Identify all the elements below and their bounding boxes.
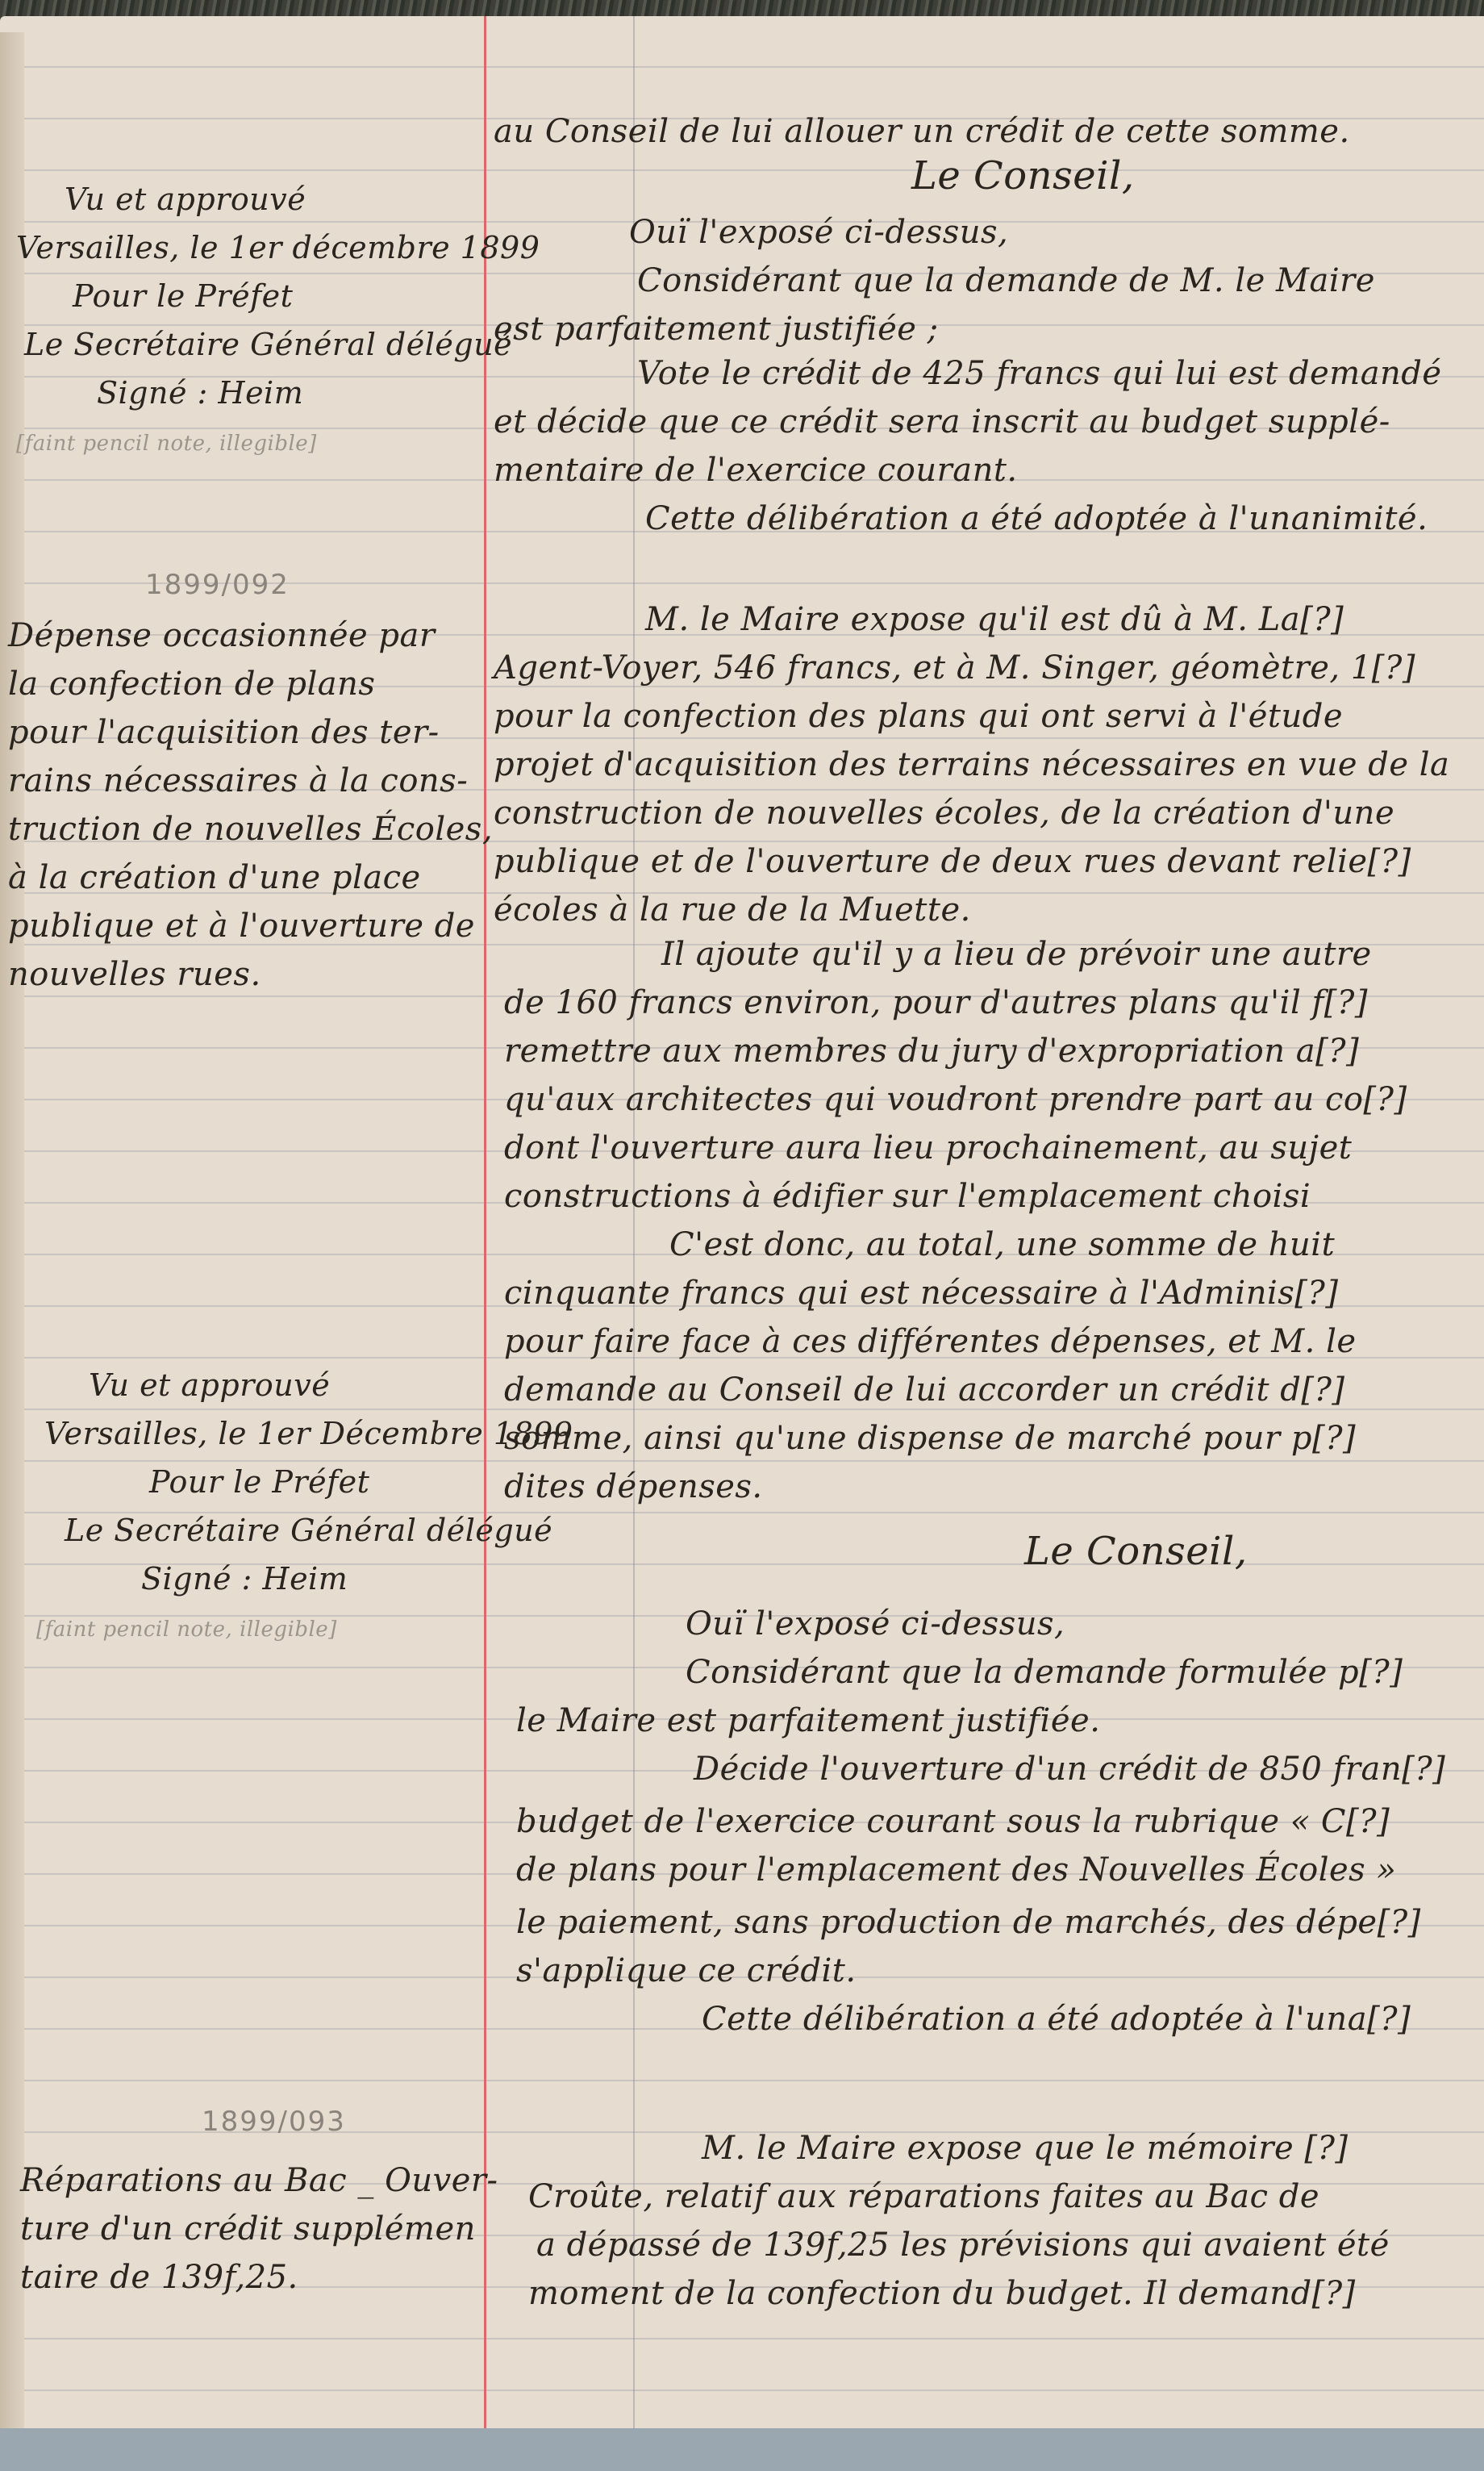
body-line: qu'aux architectes qui voudront prendre … (504, 1081, 1407, 1118)
body-line: Il ajoute qu'il y a lieu de prévoir une … (661, 936, 1372, 973)
body-line: et décide que ce crédit sera inscrit au … (494, 403, 1390, 440)
subject-line: Réparations au Bac _ Ouver- (20, 2162, 498, 2199)
body-line: projet d'acquisition des terrains nécess… (494, 746, 1449, 783)
body-line: cinquante francs qui est nécessaire à l'… (504, 1275, 1338, 1312)
body-line: de 160 francs environ, pour d'autres pla… (504, 984, 1368, 1021)
pencil-note: [faint pencil note, illegible] (36, 1617, 337, 1642)
body-line: de plans pour l'emplacement des Nouvelle… (516, 1851, 1396, 1889)
body-line: somme, ainsi qu'une dispense de marché p… (504, 1420, 1356, 1457)
approval-line: Versailles, le 1er décembre 1899 (16, 230, 540, 265)
body-line: dites dépenses. (504, 1468, 763, 1505)
deliberation-ref: 1899/092 (145, 569, 290, 601)
body-line: Agent-Voyer, 546 francs, et à M. Singer,… (494, 649, 1415, 687)
body-line: s'applique ce crédit. (516, 1952, 857, 1989)
body-line: pour faire face à ces différentes dépens… (504, 1323, 1357, 1360)
body-line: constructions à édifier sur l'emplacemen… (504, 1178, 1311, 1215)
body-line: publique et de l'ouverture de deux rues … (494, 843, 1411, 880)
council-heading: Le Conseil, (1024, 1529, 1248, 1574)
body-line: Ouï l'exposé ci-dessus, (629, 214, 1008, 251)
indent-rule (633, 16, 635, 2436)
pencil-note: [faint pencil note, illegible] (16, 432, 317, 456)
subject-line: truction de nouvelles Écoles, (8, 811, 493, 848)
body-line: Cette délibération a été adoptée à l'una… (702, 2001, 1411, 2038)
approval-line: Pour le Préfet (149, 1464, 369, 1500)
approval-line: Versailles, le 1er Décembre 1899 (44, 1416, 573, 1451)
body-line: pour la confection des plans qui ont ser… (494, 698, 1343, 735)
body-line: dont l'ouverture aura lieu prochainement… (504, 1129, 1352, 1167)
red-margin-rule (484, 16, 486, 2436)
signature: Signé : Heim (97, 375, 303, 411)
subject-line: taire de 139f,25. (20, 2259, 298, 2296)
body-line: Ouï l'exposé ci-dessus, (686, 1605, 1065, 1642)
body-line: Cette délibération a été adoptée à l'una… (645, 500, 1428, 537)
subject-line: à la création d'une place (8, 859, 421, 896)
body-line: mentaire de l'exercice courant. (494, 452, 1018, 489)
subject-line: la confection de plans (8, 666, 375, 703)
deliberation-ref: 1899/093 (202, 2106, 346, 2138)
body-line: remettre aux membres du jury d'expropria… (504, 1033, 1359, 1070)
subject-line: Dépense occasionnée par (8, 617, 436, 654)
subject-line: pour l'acquisition des ter- (8, 714, 440, 751)
body-line: demande au Conseil de lui accorder un cr… (504, 1371, 1345, 1409)
signature: Signé : Heim (141, 1561, 348, 1597)
body-line: C'est donc, au total, une somme de huit (669, 1226, 1335, 1263)
subject-line: nouvelles rues. (8, 956, 261, 993)
body-line: le Maire est parfaitement justifiée. (516, 1702, 1100, 1739)
body-line: Vote le crédit de 425 francs qui lui est… (637, 355, 1442, 392)
body-line: écoles à la rue de la Muette. (494, 891, 971, 929)
body-line: est parfaitement justifiée ; (494, 311, 939, 348)
approval-line: Le Secrétaire Général délégué (24, 327, 512, 362)
approval-line: Pour le Préfet (73, 278, 293, 314)
council-heading: Le Conseil, (911, 153, 1135, 198)
subject-line: rains nécessaires à la cons- (8, 762, 468, 799)
subject-line: ture d'un crédit supplémen (20, 2210, 476, 2248)
body-line: au Conseil de lui allouer un crédit de c… (494, 113, 1350, 150)
body-line: Croûte, relatif aux réparations faites a… (528, 2178, 1319, 2215)
approval-line: Vu et approuvé (89, 1367, 330, 1403)
body-line: Considérant que la demande de M. le Mair… (637, 262, 1375, 299)
body-line: Considérant que la demande formulée p[?] (686, 1654, 1403, 1691)
body-line: moment de la confection du budget. Il de… (528, 2275, 1356, 2312)
body-line: a dépassé de 139f,25 les prévisions qui … (536, 2227, 1390, 2264)
body-line: Décide l'ouverture d'un crédit de 850 fr… (694, 1751, 1445, 1788)
body-line: M. le Maire expose qu'il est dû à M. La[… (645, 601, 1344, 638)
body-line: M. le Maire expose que le mémoire [?] (702, 2130, 1349, 2167)
body-line: le paiement, sans production de marchés,… (516, 1904, 1421, 1941)
page-stack-edge (0, 32, 24, 2436)
approval-line: Vu et approuvé (65, 182, 306, 217)
approval-line: Le Secrétaire Général délégué (65, 1513, 552, 1548)
body-line: construction de nouvelles écoles, de la … (494, 795, 1394, 832)
body-line: budget de l'exercice courant sous la rub… (516, 1803, 1390, 1840)
subject-line: publique et à l'ouverture de (8, 908, 475, 945)
background-cloth (0, 2428, 1484, 2471)
